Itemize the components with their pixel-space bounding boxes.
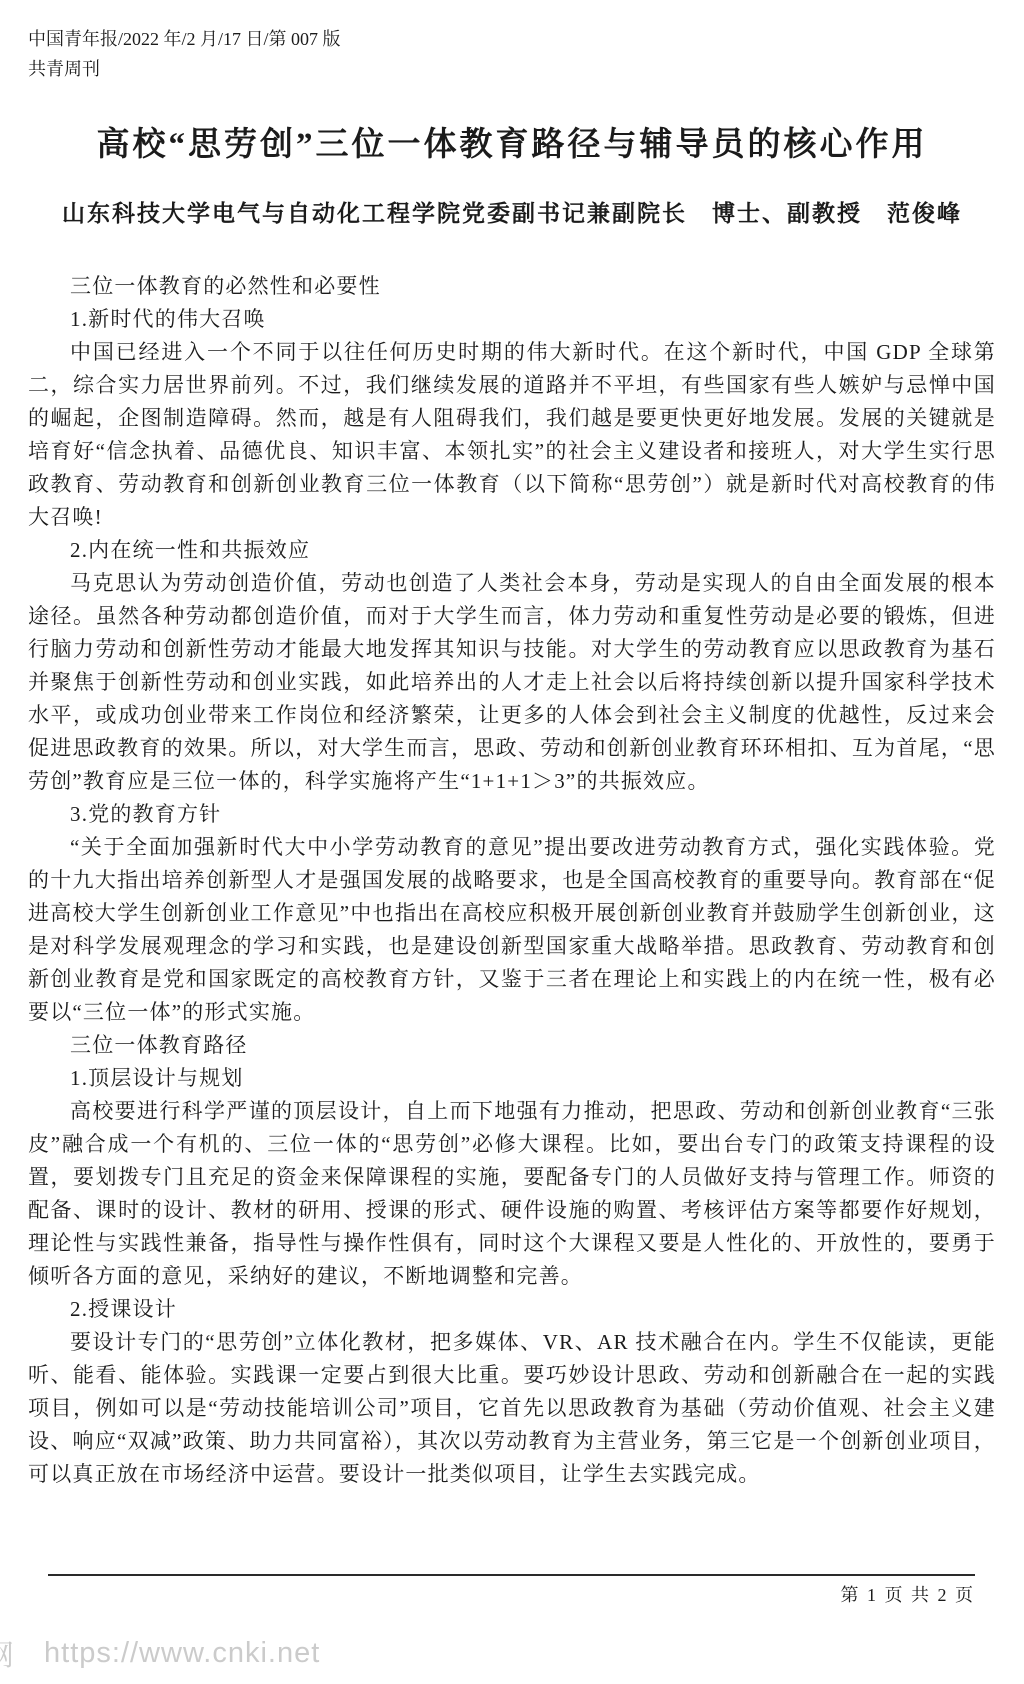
watermark-url: https://www.cnki.net: [44, 1637, 320, 1670]
page-indicator: 第 1 页 共 2 页: [48, 1576, 975, 1607]
numbered-heading: 1.新时代的伟大召唤: [28, 303, 996, 336]
numbered-heading: 3.党的教育方针: [28, 798, 996, 831]
article-title: 高校“思劳创”三位一体教育路径与辅导员的核心作用: [0, 118, 1024, 165]
watermark-partial-glyph: 网: [0, 1633, 14, 1674]
numbered-heading: 2.内在统一性和共振效应: [28, 534, 996, 567]
body-paragraph: 中国已经进入一个不同于以往任何历史时期的伟大新时代。在这个新时代，中国 GDP …: [28, 336, 996, 534]
source-line: 中国青年报/2022 年/2 月/17 日/第 007 版: [28, 24, 996, 54]
body-paragraph: 高校要进行科学严谨的顶层设计，自上而下地强有力推动，把思政、劳动和创新创业教育“…: [28, 1095, 996, 1293]
body-paragraph: 马克思认为劳动创造价值，劳动也创造了人类社会本身，劳动是实现人的自由全面发展的根…: [28, 567, 996, 798]
page-footer: 第 1 页 共 2 页: [48, 1574, 975, 1607]
document-header: 中国青年报/2022 年/2 月/17 日/第 007 版 共青周刊: [0, 0, 1024, 84]
cnki-watermark: 网 https://www.cnki.net: [0, 1633, 320, 1674]
body-paragraph: “关于全面加强新时代大中小学劳动教育的意见”提出要改进劳动教育方式，强化实践体验…: [28, 831, 996, 1029]
numbered-heading: 1.顶层设计与规划: [28, 1062, 996, 1095]
numbered-heading: 2.授课设计: [28, 1293, 996, 1326]
section-line: 共青周刊: [28, 54, 996, 84]
document-page: 中国青年报/2022 年/2 月/17 日/第 007 版 共青周刊 高校“思劳…: [0, 0, 1024, 1684]
section-heading: 三位一体教育路径: [28, 1029, 996, 1062]
section-heading: 三位一体教育的必然性和必要性: [28, 270, 996, 303]
article-body: 三位一体教育的必然性和必要性 1.新时代的伟大召唤 中国已经进入一个不同于以往任…: [28, 270, 996, 1491]
article-byline: 山东科技大学电气与自动化工程学院党委副书记兼副院长 博士、副教授 范俊峰: [0, 195, 1024, 228]
body-paragraph: 要设计专门的“思劳创”立体化教材，把多媒体、VR、AR 技术融合在内。学生不仅能…: [28, 1326, 996, 1491]
